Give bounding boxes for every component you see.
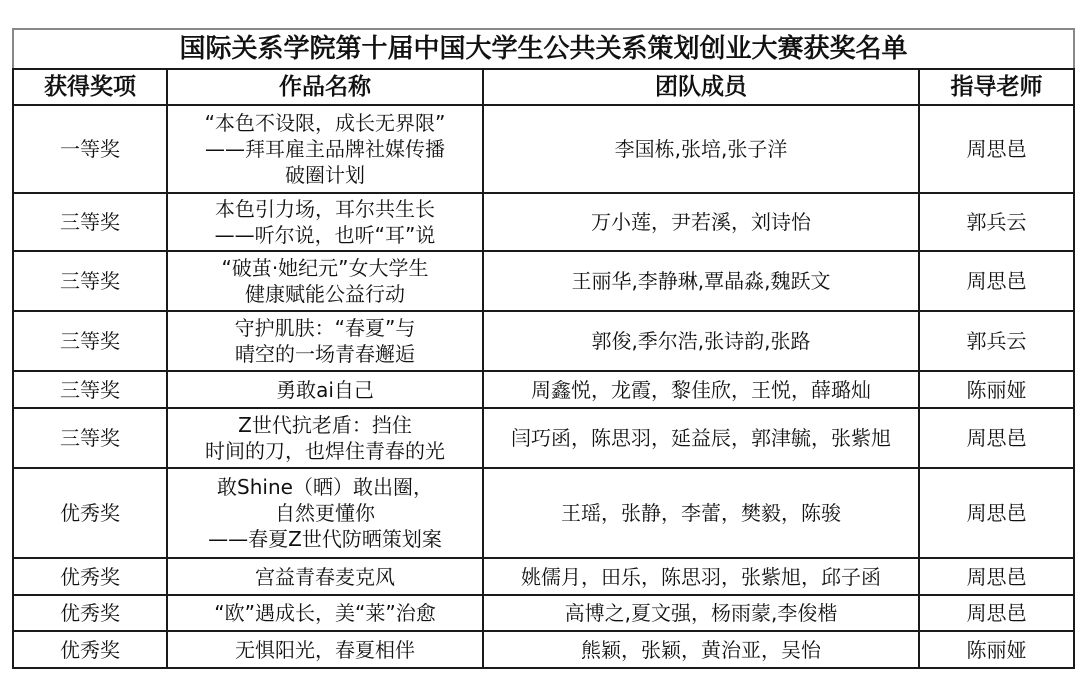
table-row: 三等奖“破茧·她纪元”女大学生健康赋能公益行动王丽华,李静琳,覃晶淼,魏跃文周思… xyxy=(13,251,1074,311)
header-advisor: 指导老师 xyxy=(919,69,1074,105)
work-name-line: 健康赋能公益行动 xyxy=(172,281,478,307)
award-cell: 三等奖 xyxy=(13,371,167,408)
advisor-cell: 周思邑 xyxy=(919,105,1074,193)
table-row: 三等奖守护肌肤：“春夏”与晴空的一场青春邂逅郭俊,季尔浩,张诗韵,张路郭兵云 xyxy=(13,311,1074,371)
work-name-line: ——拜耳雇主品牌社媒传播 xyxy=(172,136,478,162)
work-name-line: ——春夏Z世代防晒策划案 xyxy=(172,526,478,552)
work-name-line: Z世代抗老盾：挡住 xyxy=(172,412,478,438)
work-name-line: 宫益青春麦克风 xyxy=(172,564,478,590)
award-list-sheet: 国际关系学院第十届中国大学生公共关系策划创业大赛获奖名单 获得奖项 作品名称 团… xyxy=(12,28,1073,669)
work-name-cell: “破茧·她纪元”女大学生健康赋能公益行动 xyxy=(167,251,483,311)
work-name-line: “破茧·她纪元”女大学生 xyxy=(172,255,478,281)
team-members-cell: 万小莲，尹若溪，刘诗怡 xyxy=(483,193,919,251)
table-row: 三等奖本色引力场，耳尔共生长——听尔说，也听“耳”说万小莲，尹若溪，刘诗怡郭兵云 xyxy=(13,193,1074,251)
table-row: 优秀奖无惧阳光，春夏相伴熊颖，张颖，黄治亚，吴怡陈丽娅 xyxy=(13,631,1074,668)
work-name-line: 晴空的一场青春邂逅 xyxy=(172,341,478,367)
table-row: 三等奖Z世代抗老盾：挡住时间的刀，也焊住青春的光闫巧函，陈思羽，延益辰，郭津毓，… xyxy=(13,408,1074,468)
advisor-cell: 周思邑 xyxy=(919,468,1074,558)
team-members-cell: 郭俊,季尔浩,张诗韵,张路 xyxy=(483,311,919,371)
table-row: 优秀奖敢Shine（晒）敢出圈，自然更懂你——春夏Z世代防晒策划案王瑶，张静，李… xyxy=(13,468,1074,558)
advisor-cell: 郭兵云 xyxy=(919,311,1074,371)
work-name-line: 勇敢ai自己 xyxy=(172,377,478,403)
award-cell: 优秀奖 xyxy=(13,558,167,595)
work-name-line: 无惧阳光，春夏相伴 xyxy=(172,637,478,663)
header-work-name: 作品名称 xyxy=(167,69,483,105)
work-name-line: 自然更懂你 xyxy=(172,500,478,526)
work-name-cell: 守护肌肤：“春夏”与晴空的一场青春邂逅 xyxy=(167,311,483,371)
work-name-line: 时间的刀，也焊住青春的光 xyxy=(172,438,478,464)
team-members-cell: 熊颖，张颖，黄治亚，吴怡 xyxy=(483,631,919,668)
table-row: 优秀奖“欧”遇成长，美“莱”治愈高博之,夏文强，杨雨蒙,李俊楷周思邑 xyxy=(13,595,1074,631)
advisor-cell: 郭兵云 xyxy=(919,193,1074,251)
table-row: 一等奖“本色不设限，成长无界限”——拜耳雇主品牌社媒传播破圈计划李国栋,张培,张… xyxy=(13,105,1074,193)
header-row: 获得奖项 作品名称 团队成员 指导老师 xyxy=(13,69,1074,105)
team-members-cell: 王丽华,李静琳,覃晶淼,魏跃文 xyxy=(483,251,919,311)
work-name-cell: “本色不设限，成长无界限”——拜耳雇主品牌社媒传播破圈计划 xyxy=(167,105,483,193)
work-name-line: 破圈计划 xyxy=(172,162,478,188)
award-cell: 优秀奖 xyxy=(13,595,167,631)
advisor-cell: 周思邑 xyxy=(919,408,1074,468)
award-cell: 三等奖 xyxy=(13,408,167,468)
award-cell: 一等奖 xyxy=(13,105,167,193)
work-name-line: “欧”遇成长，美“莱”治愈 xyxy=(172,600,478,626)
work-name-cell: 勇敢ai自己 xyxy=(167,371,483,408)
title-row: 国际关系学院第十届中国大学生公共关系策划创业大赛获奖名单 xyxy=(13,29,1074,69)
advisor-cell: 周思邑 xyxy=(919,595,1074,631)
table-row: 三等奖勇敢ai自己周鑫悦，龙霞，黎佳欣，王悦，薛璐灿陈丽娅 xyxy=(13,371,1074,408)
advisor-cell: 陈丽娅 xyxy=(919,371,1074,408)
team-members-cell: 王瑶，张静，李蕾，樊毅，陈骏 xyxy=(483,468,919,558)
team-members-cell: 李国栋,张培,张子洋 xyxy=(483,105,919,193)
award-cell: 三等奖 xyxy=(13,193,167,251)
work-name-line: 敢Shine（晒）敢出圈， xyxy=(172,474,478,500)
award-table: 国际关系学院第十届中国大学生公共关系策划创业大赛获奖名单 获得奖项 作品名称 团… xyxy=(12,28,1075,669)
work-name-cell: 宫益青春麦克风 xyxy=(167,558,483,595)
team-members-cell: 周鑫悦，龙霞，黎佳欣，王悦，薛璐灿 xyxy=(483,371,919,408)
work-name-line: 本色引力场，耳尔共生长 xyxy=(172,196,478,222)
award-cell: 三等奖 xyxy=(13,251,167,311)
table-body: 一等奖“本色不设限，成长无界限”——拜耳雇主品牌社媒传播破圈计划李国栋,张培,张… xyxy=(13,105,1074,668)
award-cell: 优秀奖 xyxy=(13,468,167,558)
header-award: 获得奖项 xyxy=(13,69,167,105)
advisor-cell: 周思邑 xyxy=(919,251,1074,311)
team-members-cell: 姚儒月，田乐，陈思羽，张紫旭，邱子函 xyxy=(483,558,919,595)
work-name-cell: 本色引力场，耳尔共生长——听尔说，也听“耳”说 xyxy=(167,193,483,251)
work-name-cell: 敢Shine（晒）敢出圈，自然更懂你——春夏Z世代防晒策划案 xyxy=(167,468,483,558)
team-members-cell: 闫巧函，陈思羽，延益辰，郭津毓，张紫旭 xyxy=(483,408,919,468)
header-team-members: 团队成员 xyxy=(483,69,919,105)
table-title: 国际关系学院第十届中国大学生公共关系策划创业大赛获奖名单 xyxy=(13,29,1074,69)
work-name-cell: “欧”遇成长，美“莱”治愈 xyxy=(167,595,483,631)
work-name-line: 守护肌肤：“春夏”与 xyxy=(172,315,478,341)
table-row: 优秀奖宫益青春麦克风姚儒月，田乐，陈思羽，张紫旭，邱子函周思邑 xyxy=(13,558,1074,595)
advisor-cell: 陈丽娅 xyxy=(919,631,1074,668)
award-cell: 三等奖 xyxy=(13,311,167,371)
work-name-line: ——听尔说，也听“耳”说 xyxy=(172,222,478,248)
advisor-cell: 周思邑 xyxy=(919,558,1074,595)
team-members-cell: 高博之,夏文强，杨雨蒙,李俊楷 xyxy=(483,595,919,631)
work-name-cell: Z世代抗老盾：挡住时间的刀，也焊住青春的光 xyxy=(167,408,483,468)
work-name-line: “本色不设限，成长无界限” xyxy=(172,110,478,136)
work-name-cell: 无惧阳光，春夏相伴 xyxy=(167,631,483,668)
award-cell: 优秀奖 xyxy=(13,631,167,668)
